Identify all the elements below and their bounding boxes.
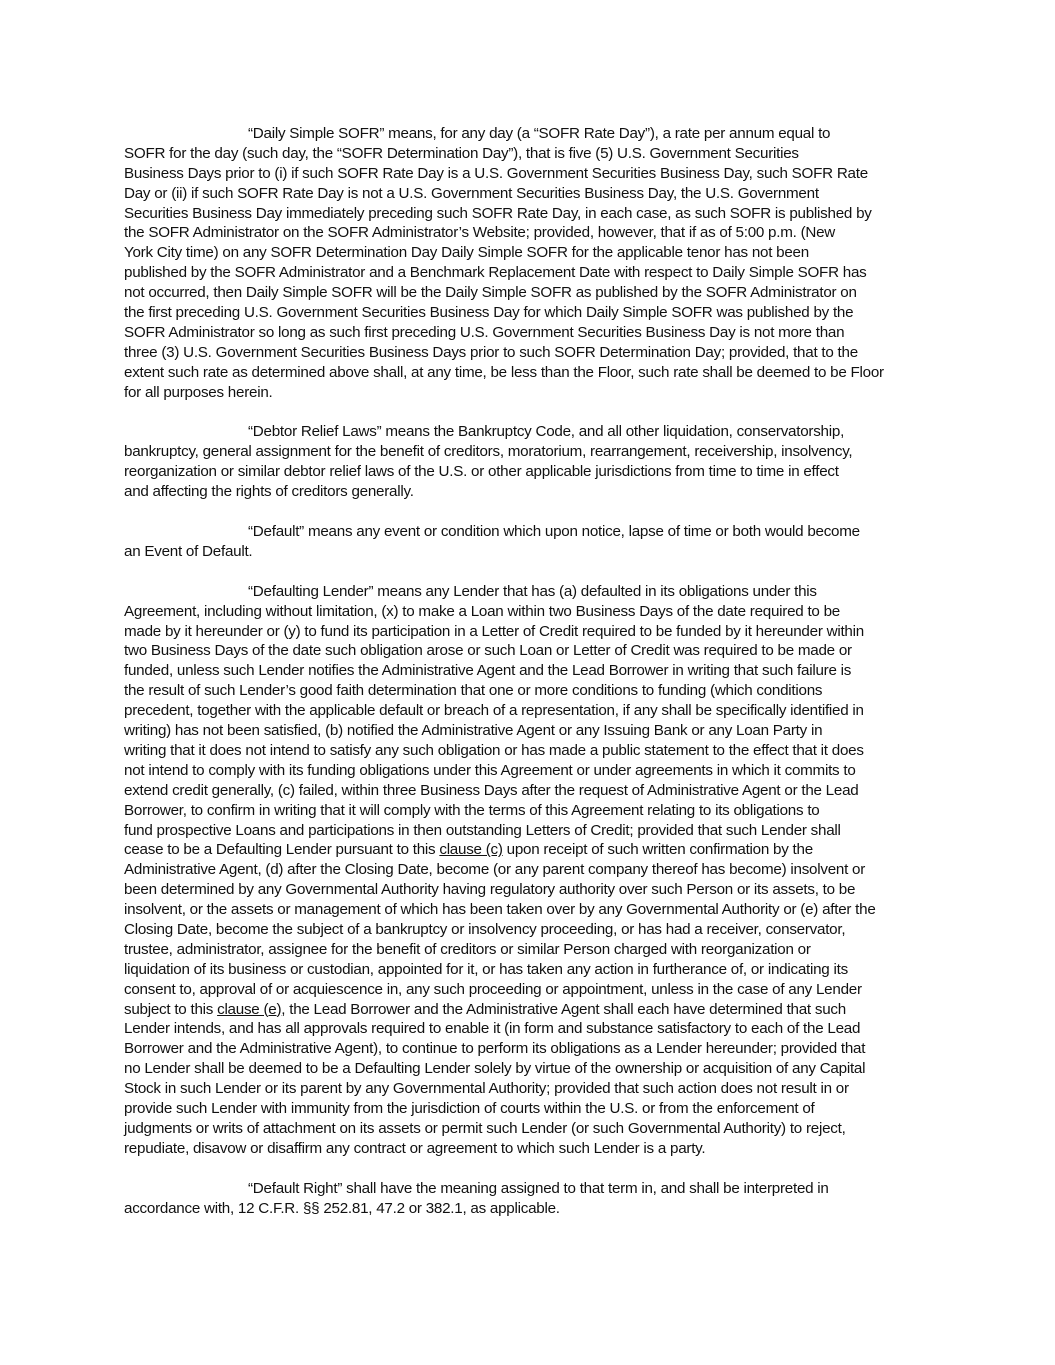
text-line: the SOFR Administrator on the SOFR Admin…: [124, 223, 944, 243]
definition-defaulting-lender: “Defaulting Lender” means any Lender tha…: [124, 582, 944, 1159]
text-line: “Default Right” shall have the meaning a…: [124, 1179, 944, 1199]
text-line: Business Days prior to (i) if such SOFR …: [124, 164, 944, 184]
text-line: reorganization or similar debtor relief …: [124, 462, 944, 482]
text-line: repudiate, disavow or disaffirm any cont…: [124, 1139, 944, 1159]
text-line: the first preceding U.S. Government Secu…: [124, 303, 944, 323]
text-line: Borrower and the Administrative Agent), …: [124, 1039, 944, 1059]
text-line: two Business Days of the date such oblig…: [124, 641, 944, 661]
text-fragment: cease to be a Defaulting Lender pursuant…: [124, 841, 439, 858]
text-line: Stock in such Lender or its parent by an…: [124, 1079, 944, 1099]
text-line: cease to be a Defaulting Lender pursuant…: [124, 840, 944, 860]
text-line: “Debtor Relief Laws” means the Bankruptc…: [124, 422, 944, 442]
definition-daily-simple-sofr: “Daily Simple SOFR” means, for any day (…: [124, 124, 944, 402]
document-page: “Daily Simple SOFR” means, for any day (…: [124, 124, 944, 1238]
text-line: “Daily Simple SOFR” means, for any day (…: [124, 124, 944, 144]
text-line: for all purposes herein.: [124, 383, 944, 403]
text-line: provide such Lender with immunity from t…: [124, 1099, 944, 1119]
text-line: “Default” means any event or condition w…: [124, 522, 944, 542]
text-line: accordance with, 12 C.F.R. §§ 252.81, 47…: [124, 1199, 944, 1219]
text-line: York City time) on any SOFR Determinatio…: [124, 243, 944, 263]
text-line: fund prospective Loans and participation…: [124, 821, 944, 841]
clause-reference-link[interactable]: clause (e): [217, 1001, 281, 1018]
text-line: bankruptcy, general assignment for the b…: [124, 442, 944, 462]
text-line: Administrative Agent, (d) after the Clos…: [124, 860, 944, 880]
text-line: not intend to comply with its funding ob…: [124, 761, 944, 781]
text-line: an Event of Default.: [124, 542, 944, 562]
text-line: Borrower, to confirm in writing that it …: [124, 801, 944, 821]
text-line: published by the SOFR Administrator and …: [124, 263, 944, 283]
text-line: made by it hereunder or (y) to fund its …: [124, 622, 944, 642]
text-line: SOFR for the day (such day, the “SOFR De…: [124, 144, 944, 164]
text-line: the result of such Lender’s good faith d…: [124, 681, 944, 701]
text-line: liquidation of its business or custodian…: [124, 960, 944, 980]
text-line: not occurred, then Daily Simple SOFR wil…: [124, 283, 944, 303]
text-line: trustee, administrator, assignee for the…: [124, 940, 944, 960]
text-line: judgments or writs of attachment on its …: [124, 1119, 944, 1139]
text-line: SOFR Administrator so long as such first…: [124, 323, 944, 343]
text-line: writing) has not been satisfied, (b) not…: [124, 721, 944, 741]
text-line: Agreement, including without limitation,…: [124, 602, 944, 622]
definition-default: “Default” means any event or condition w…: [124, 522, 944, 562]
definition-default-right: “Default Right” shall have the meaning a…: [124, 1179, 944, 1219]
text-fragment: subject to this: [124, 1001, 217, 1018]
text-line: Lender intends, and has all approvals re…: [124, 1019, 944, 1039]
text-line: and affecting the rights of creditors ge…: [124, 482, 944, 502]
text-line: three (3) U.S. Government Securities Bus…: [124, 343, 944, 363]
document-body: “Daily Simple SOFR” means, for any day (…: [124, 124, 944, 1218]
text-line: funded, unless such Lender notifies the …: [124, 661, 944, 681]
text-line: “Defaulting Lender” means any Lender tha…: [124, 582, 944, 602]
clause-reference-link[interactable]: clause (c): [439, 841, 502, 858]
text-line: writing that it does not intend to satis…: [124, 741, 944, 761]
text-fragment: , the Lead Borrower and the Administrati…: [281, 1001, 846, 1018]
text-fragment: upon receipt of such written confirmatio…: [503, 841, 813, 858]
definition-debtor-relief-laws: “Debtor Relief Laws” means the Bankruptc…: [124, 422, 944, 502]
text-line: insolvent, or the assets or management o…: [124, 900, 944, 920]
text-line: no Lender shall be deemed to be a Defaul…: [124, 1059, 944, 1079]
text-line: extend credit generally, (c) failed, wit…: [124, 781, 944, 801]
text-line: Closing Date, become the subject of a ba…: [124, 920, 944, 940]
text-line: Securities Business Day immediately prec…: [124, 204, 944, 224]
text-line: precedent, together with the applicable …: [124, 701, 944, 721]
text-line: consent to, approval of or acquiescence …: [124, 980, 944, 1000]
text-line: extent such rate as determined above sha…: [124, 363, 944, 383]
text-line: been determined by any Governmental Auth…: [124, 880, 944, 900]
text-line: Day or (ii) if such SOFR Rate Day is not…: [124, 184, 944, 204]
text-line: subject to this clause (e), the Lead Bor…: [124, 1000, 944, 1020]
